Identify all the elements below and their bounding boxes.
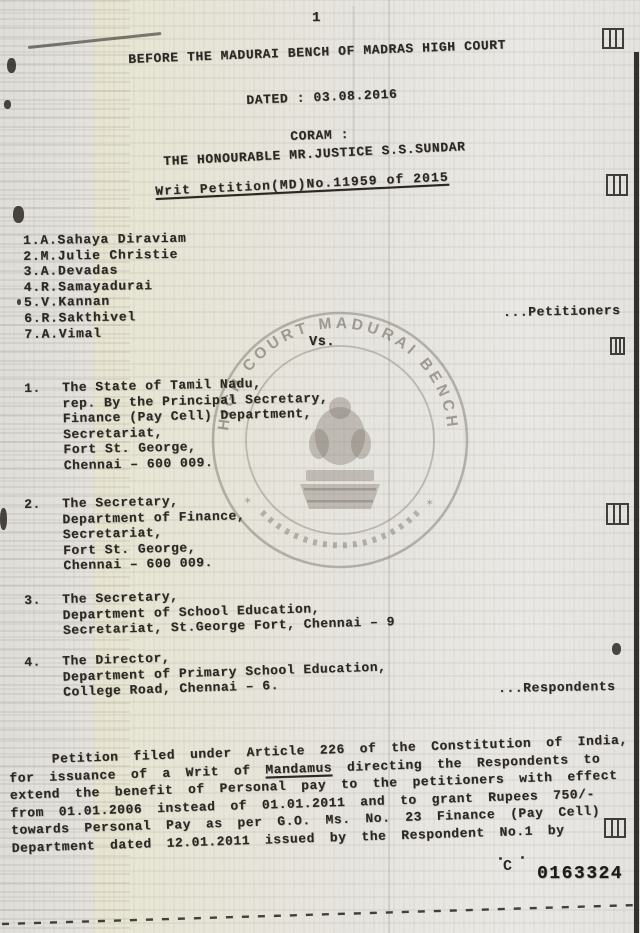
edge-speck — [4, 100, 11, 109]
perforation-dashed-line — [0, 893, 640, 933]
speck — [499, 857, 502, 860]
serial-number-stamp: 0163324 — [537, 864, 623, 884]
respondent-block-2: 2. The Secretary, Department of Finance,… — [24, 492, 246, 574]
prayer-paragraph: Petition filed under Article 226 of the … — [9, 731, 636, 857]
binding-mark-icon — [610, 337, 625, 355]
dated-line: DATED : 03.08.2016 — [246, 87, 398, 108]
speck — [521, 856, 524, 859]
respondent-number: 1. — [24, 380, 64, 474]
edge-speck — [0, 508, 7, 530]
page-number: 1 — [312, 10, 320, 26]
petitioner-item: 1.A.Sahaya Diraviam — [23, 231, 187, 249]
petitioner-item: 2.M.Julie Christie — [23, 246, 187, 264]
seal-star-left: ✶ — [244, 494, 251, 508]
binding-mark-icon — [604, 818, 626, 838]
respondent-number: 3. — [24, 592, 63, 639]
edge-speck — [17, 299, 21, 305]
fold-smudge — [352, 6, 355, 156]
respondent-block-4: 4. The Director, Department of Primary S… — [24, 644, 387, 702]
copy-mark: C — [503, 858, 513, 875]
petitioners-list: 1.A.Sahaya Diraviam 2.M.Julie Christie 3… — [23, 231, 188, 342]
coram-label: CORAM : — [290, 127, 349, 144]
edge-speck — [7, 58, 16, 73]
seal-star-right: ✶ — [426, 496, 433, 510]
respondent-block-3: 3. The Secretary, Department of School E… — [24, 583, 395, 639]
petitioner-item: 7.A.Vimal — [24, 324, 188, 342]
edge-speck — [13, 206, 24, 223]
scanned-court-order-page: HIGH COURT MADURAI BENCH ✶ ✶ 1 BEFORE TH… — [0, 0, 640, 933]
case-number-line: Writ Petition(MD)No.11959 of 2015 — [155, 170, 449, 199]
pen-stroke-mark — [28, 32, 162, 48]
court-header-line: BEFORE THE MADURAI BENCH OF MADRAS HIGH … — [128, 37, 506, 67]
binding-mark-icon — [606, 503, 629, 525]
page-edge-shadow — [634, 52, 639, 933]
respondent-block-1: 1. The State of Tamil Nadu, rep. By the … — [24, 375, 330, 474]
binding-mark-icon — [612, 643, 621, 655]
respondent-number: 4. — [24, 654, 63, 702]
binding-mark-icon — [602, 28, 624, 49]
respondent-number: 2. — [24, 496, 64, 574]
binding-mark-icon — [606, 174, 628, 196]
judge-name-line: THE HONOURABLE MR.JUSTICE S.S.SUNDAR — [163, 139, 466, 169]
versus-label: Vs. — [309, 335, 335, 350]
respondents-label: ...Respondents — [498, 679, 616, 696]
petitioners-label: ...Petitioners — [503, 303, 621, 320]
prayer-underlined-word: Mandamus — [265, 760, 332, 777]
